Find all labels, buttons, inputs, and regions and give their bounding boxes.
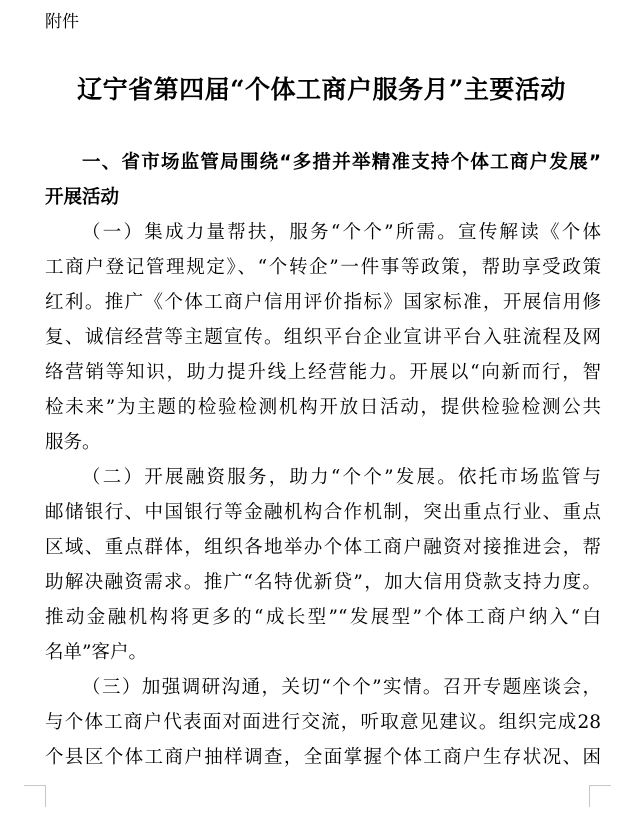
paragraph-line: 红利。推广《个体工商户信用评价指标》国家标准，开展信用修: [45, 285, 601, 320]
paragraph-line: （二）开展融资服务，助力“个个”发展。依托市场监管与: [45, 460, 601, 495]
paragraph-line: 个县区个体工商户抽样调查，全面掌握个体工商户生存状况、困: [45, 740, 601, 775]
paragraph-line: 服务。: [45, 425, 601, 460]
page-corner-mark-right: [589, 785, 611, 807]
paragraph-2: （二）开展融资服务，助力“个个”发展。依托市场监管与 邮储银行、中国银行等金融机…: [45, 460, 601, 670]
paragraph-3: （三）加强调研沟通，关切“个个”实情。召开专题座谈会， 与个体工商户代表面对面进…: [45, 670, 601, 775]
attachment-label: 附件: [45, 7, 79, 32]
document-body: 一、省市场监管局围绕“多措并举精准支持个体工商户发展” 开展活动 （一）集成力量…: [45, 145, 601, 775]
paragraph-line: 名单”客户。: [45, 635, 601, 670]
document-page: 附件 辽宁省第四届“个体工商户服务月”主要活动 一、省市场监管局围绕“多措并举精…: [0, 0, 643, 813]
paragraph-line: 推动金融机构将更多的“成长型”“发展型”个体工商户纳入“白: [45, 600, 601, 635]
section-heading-line: 一、省市场监管局围绕“多措并举精准支持个体工商户发展”: [45, 145, 601, 180]
paragraph-line: （一）集成力量帮扶，服务“个个”所需。宣传解读《个体: [45, 215, 601, 250]
paragraph-line: 助解决融资需求。推广“名特优新贷”，加大信用贷款支持力度。: [45, 565, 601, 600]
document-title: 辽宁省第四届“个体工商户服务月”主要活动: [0, 70, 643, 106]
page-corner-mark-left: [24, 785, 46, 807]
paragraph-line: 邮储银行、中国银行等金融机构合作机制，突出重点行业、重点: [45, 495, 601, 530]
paragraph-line: 复、诚信经营等主题宣传。组织平台企业宣讲平台入驻流程及网: [45, 320, 601, 355]
paragraph-line: （三）加强调研沟通，关切“个个”实情。召开专题座谈会，: [45, 670, 601, 705]
paragraph-line: 工商户登记管理规定》、“个转企”一件事等政策，帮助享受政策: [45, 250, 601, 285]
paragraph-line: 与个体工商户代表面对面进行交流，听取意见建议。组织完成28: [45, 705, 601, 740]
paragraph-line: 络营销等知识，助力提升线上经营能力。开展以“向新而行，智: [45, 355, 601, 390]
paragraph-line: 区域、重点群体，组织各地举办个体工商户融资对接推进会，帮: [45, 530, 601, 565]
paragraph-1: （一）集成力量帮扶，服务“个个”所需。宣传解读《个体 工商户登记管理规定》、“个…: [45, 215, 601, 460]
section-heading-line: 开展活动: [45, 180, 601, 215]
paragraph-line: 检未来”为主题的检验检测机构开放日活动，提供检验检测公共: [45, 390, 601, 425]
